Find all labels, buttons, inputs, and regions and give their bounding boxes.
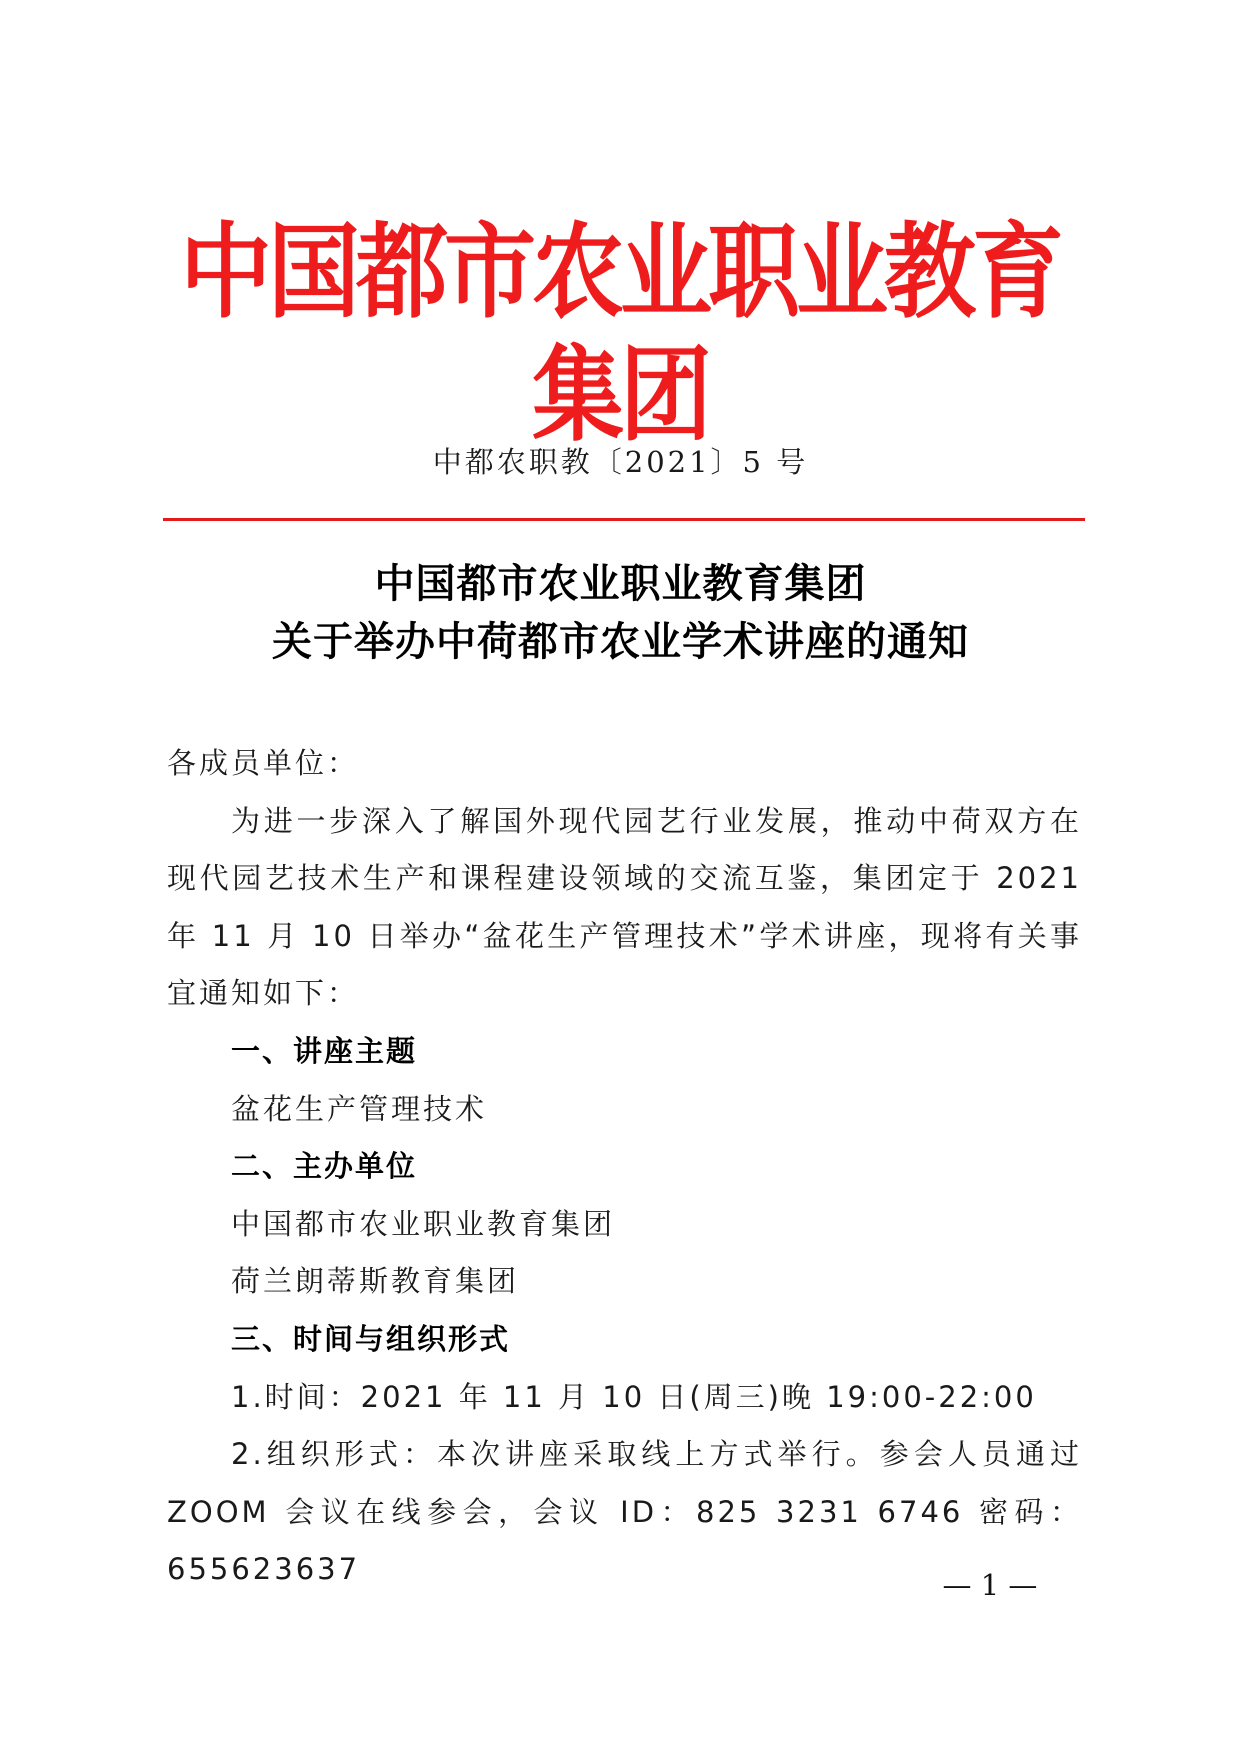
document-number: 中都农职教〔2021〕5 号 bbox=[0, 442, 1241, 482]
red-divider-rule bbox=[163, 518, 1085, 521]
time-line: 1.时间：2021 年 11 月 10 日(周三)晚 19:00-22:00 bbox=[167, 1369, 1082, 1427]
section-topic-text: 盆花生产管理技术 bbox=[167, 1081, 1082, 1139]
salutation: 各成员单位： bbox=[167, 735, 1082, 793]
notice-title-line-1: 中国都市农业职业教育集团 bbox=[0, 555, 1241, 613]
letterhead-title: 中国都市农业职业教育集团 bbox=[160, 210, 1080, 456]
section-heading-organizers: 二、主办单位 bbox=[167, 1138, 1082, 1196]
notice-title-line-2: 关于举办中荷都市农业学术讲座的通知 bbox=[0, 613, 1241, 671]
notice-body: 各成员单位： 为进一步深入了解国外现代园艺行业发展，推动中荷双方在现代园艺技术生… bbox=[167, 735, 1082, 1599]
organizer-1: 中国都市农业职业教育集团 bbox=[167, 1196, 1082, 1254]
page-number: — 1 — bbox=[930, 1565, 1050, 1605]
section-heading-topic: 一、讲座主题 bbox=[167, 1023, 1082, 1081]
notice-title: 中国都市农业职业教育集团 关于举办中荷都市农业学术讲座的通知 bbox=[0, 555, 1241, 671]
section-heading-time-format: 三、时间与组织形式 bbox=[167, 1311, 1082, 1369]
organizer-2: 荷兰朗蒂斯教育集团 bbox=[167, 1253, 1082, 1311]
letterhead-text: 中国都市农业职业教育集团 bbox=[180, 211, 1060, 455]
intro-paragraph: 为进一步深入了解国外现代园艺行业发展，推动中荷双方在现代园艺技术生产和课程建设领… bbox=[167, 793, 1082, 1023]
document-page: 中国都市农业职业教育集团 中都农职教〔2021〕5 号 中国都市农业职业教育集团… bbox=[0, 0, 1241, 1754]
